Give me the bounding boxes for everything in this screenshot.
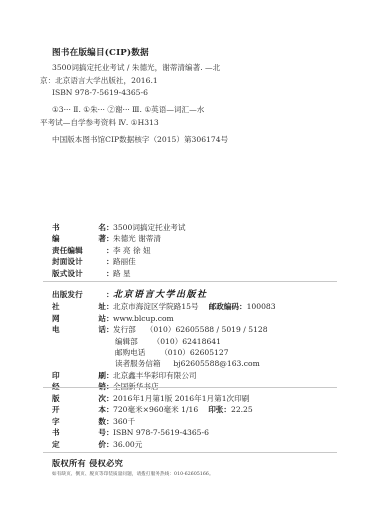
divider (43, 281, 337, 282)
reader-service-email[interactable]: bj62605588@163.com (173, 359, 259, 368)
edition-value: 2016年1月第1版 2016年1月第1次印刷 (113, 393, 249, 404)
rights-title: 版权所有 侵权必究 (52, 458, 123, 469)
divider (43, 452, 337, 453)
credit-row-layout-design: 版式设计 ： 路 星 (52, 268, 185, 279)
layout-design-value: 路 星 (113, 268, 131, 279)
cip-line: ISBN 978-7-5619-4365-6 (40, 87, 340, 100)
word-count-label: 字 数 (52, 416, 106, 427)
isbn-value: ISBN 978-7-5619-4365-6 (113, 427, 209, 438)
website-link[interactable]: www.blcup.com (113, 313, 174, 324)
phone-row: 电 话 ： 发行部 （010）62605588 / 5019 / 5128 (52, 324, 276, 335)
cip-record-number: 中国版本图书馆CIP数据核字（2015）第306174号 (52, 134, 228, 145)
price-label: 定 价 (52, 439, 106, 450)
phone-dept: 发行部 (113, 324, 136, 335)
format-row: 开 本 ： 720毫米×960毫米 1/16 印张： 22.25 (52, 404, 253, 415)
author-value: 朱德光 谢蒂清 (113, 233, 161, 244)
format-value: 720毫米×960毫米 1/16 (113, 404, 198, 415)
isbn-label: 书 号 (52, 427, 106, 438)
sheets-label: 印张： (208, 404, 231, 415)
publisher-logo: 北京语言大学出版社 (113, 290, 208, 301)
phone-number: （010）62418641 (153, 337, 221, 346)
price-value: 36.00元 (113, 439, 142, 450)
edition-row: 版 次 ： 2016年1月第1版 2016年1月第1次印刷 (52, 393, 253, 404)
publisher-block: 出版发行 ： 北京语言大学出版社 社 址 ： 北京市海淀区学院路15号 邮政编码… (52, 289, 276, 393)
word-count-row: 字 数 ： 360千 (52, 416, 253, 427)
word-count-value: 360千 (113, 416, 135, 427)
phone-dept: 编辑部 (115, 337, 138, 346)
website-label: 网 站 (52, 313, 106, 324)
cip-catalog-entry: 3500词搞定托业考试 / 朱德光，谢蒂清编著. —北 京：北京语言大学出版社，… (40, 62, 340, 100)
address-label: 社 址 (52, 301, 106, 312)
cip-subject-entry: ①3··· Ⅱ. ①朱··· ②谢··· Ⅲ. ①英语—词汇—水 平考试—自学参… (40, 104, 340, 129)
format-label: 开 本 (52, 404, 106, 415)
credit-label: 封面设计 (52, 256, 106, 267)
credit-label: 责任编辑 (52, 245, 106, 256)
website-row: 网 站 ： www.blcup.com (52, 313, 276, 324)
cip-line: 3500词搞定托业考试 / 朱德光，谢蒂清编著. —北 (40, 62, 340, 75)
postcode-label: 邮政编码： (209, 301, 247, 312)
cip-subject-line: 平考试—自学参考资料 Ⅳ. ①H313 (40, 117, 340, 130)
postcode-value: 100083 (247, 301, 276, 312)
credit-row-title: 书 名 ： 3500词搞定托业考试 (52, 222, 185, 233)
divider (43, 387, 337, 388)
price-row: 定 价 ： 36.00元 (52, 439, 253, 450)
address-row: 社 址 ： 北京市海淀区学院路15号 邮政编码： 100083 (52, 301, 276, 312)
edition-label: 版 次 (52, 393, 106, 404)
edition-block: 版 次 ： 2016年1月第1版 2016年1月第1次印刷 开 本 ： 720毫… (52, 393, 253, 450)
cip-subject-line: ①3··· Ⅱ. ①朱··· ②谢··· Ⅲ. ①英语—词汇—水 (40, 104, 340, 117)
credit-label: 编 著 (52, 233, 106, 244)
publisher-row: 出版发行 ： 北京语言大学出版社 (52, 289, 276, 301)
editor-value: 李 亮 徐 妞 (113, 245, 151, 256)
phone-sub-row: 读者服务信箱 bj62605588@163.com (52, 358, 276, 369)
rights-note: 如有缺页、倒页、脱页等印装质量问题，请拨打服务热线：010-62605166。 (52, 471, 214, 477)
cover-design-value: 路丽佳 (113, 256, 136, 267)
phone-sub-row: 编辑部 （010）62418641 (52, 336, 276, 347)
printer-value: 北京鑫丰华彩印有限公司 (113, 370, 197, 381)
phone-sub-row: 邮购电话 （010）62605127 (52, 347, 276, 358)
credit-row-editor: 责任编辑 ： 李 亮 徐 妞 (52, 245, 185, 256)
cip-title: 图书在版编目(CIP)数据 (52, 46, 149, 58)
isbn-row: 书 号 ： ISBN 978-7-5619-4365-6 (52, 427, 253, 438)
credit-label: 书 名 (52, 222, 106, 233)
phone-label: 电 话 (52, 324, 106, 335)
credit-label: 版式设计 (52, 268, 106, 279)
reader-service-label: 读者服务信箱 (115, 359, 161, 368)
publisher-label: 出版发行 (52, 289, 106, 300)
credit-row-cover-design: 封面设计 ： 路丽佳 (52, 256, 185, 267)
copyright-page: 图书在版编目(CIP)数据 3500词搞定托业考试 / 朱德光，谢蒂清编著. —… (0, 0, 380, 520)
printer-row: 印 刷 ： 北京鑫丰华彩印有限公司 (52, 370, 276, 381)
address-value: 北京市海淀区学院路15号 (113, 301, 199, 312)
cip-line: 京：北京语言大学出版社，2016.1 (40, 75, 340, 88)
phone-number: （010）62605588 / 5019 / 5128 (146, 324, 268, 335)
phone-dept: 邮购电话 (115, 348, 145, 357)
printer-label: 印 刷 (52, 370, 106, 381)
credit-row-author: 编 著 ： 朱德光 谢蒂清 (52, 233, 185, 244)
book-title-value: 3500词搞定托业考试 (113, 222, 185, 233)
sheets-value: 22.25 (231, 404, 253, 415)
credits-block: 书 名 ： 3500词搞定托业考试 编 著 ： 朱德光 谢蒂清 责任编辑 ： 李… (52, 222, 185, 279)
phone-number: （010）62605127 (160, 348, 228, 357)
